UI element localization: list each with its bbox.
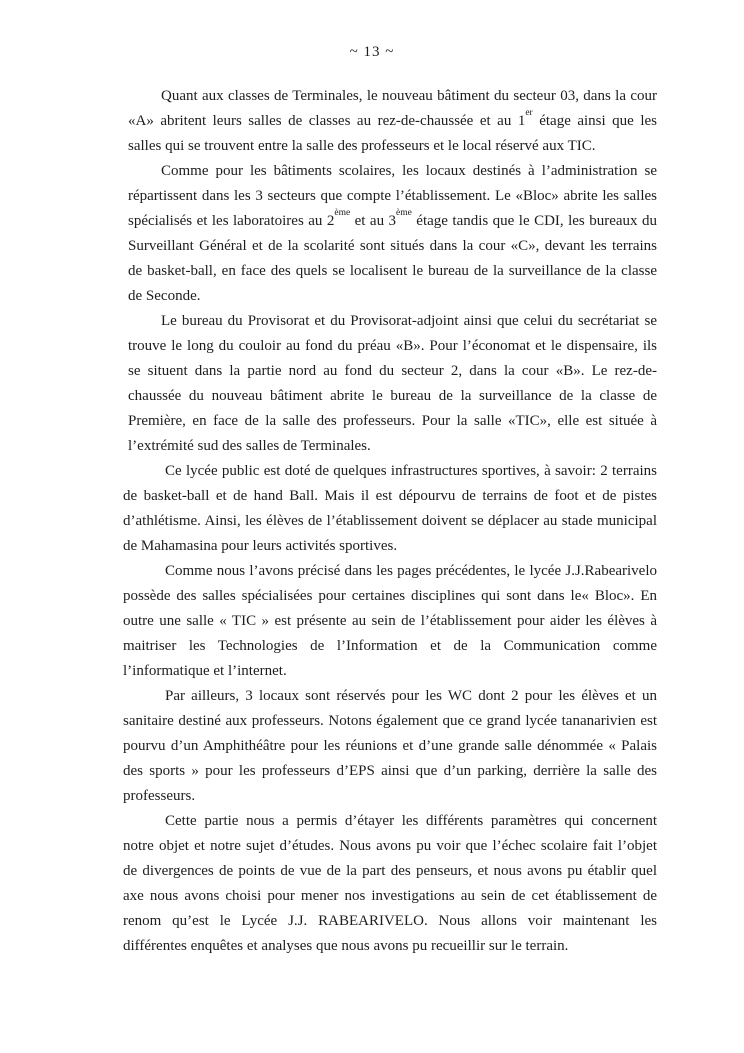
text-line: de Seconde. (128, 284, 657, 309)
text-line: répartissent dans les 3 secteurs que com… (128, 184, 657, 209)
paragraph: Le bureau du Provisorat et du Provisorat… (128, 309, 657, 459)
text-line: des sports » pour les professeurs d’EPS … (123, 759, 657, 784)
text-line: l’informatique et l’internet. (123, 659, 657, 684)
text-line: maitriser les Technologies de l’Informat… (123, 634, 657, 659)
text-line: de basket-ball, en face des quels se loc… (128, 259, 657, 284)
superscript: ème (334, 208, 350, 218)
text-line: possède des salles spécialisées pour cer… (123, 584, 657, 609)
text-line: Surveillant Général et de la scolarité s… (128, 234, 657, 259)
text-line: salles qui se trouvent entre la salle de… (128, 134, 657, 159)
text-line: Cette partie nous a permis d’étayer les … (123, 809, 657, 834)
text-line: Comme nous l’avons précisé dans les page… (123, 559, 657, 584)
text-line: Première, en face de la salle des profes… (128, 409, 657, 434)
superscript: er (525, 108, 532, 118)
text-line: Comme pour les bâtiments scolaires, les … (128, 159, 657, 184)
text-line: renom qu’est le Lycée J.J. RABEARIVELO. … (123, 909, 657, 934)
text-line: de Mahamasina pour leurs activités sport… (123, 534, 657, 559)
text-line: spécialisés et les laboratoires au 2ème … (128, 209, 657, 234)
paragraph: Quant aux classes de Terminales, le nouv… (128, 84, 657, 159)
text-line: axe nous avons choisi pour mener nos inv… (123, 884, 657, 909)
text-line: Quant aux classes de Terminales, le nouv… (128, 84, 657, 109)
text-line: d’athlétisme. Ainsi, les élèves de l’éta… (123, 509, 657, 534)
text-line: Ce lycée public est doté de quelques inf… (123, 459, 657, 484)
text-line: Le bureau du Provisorat et du Provisorat… (128, 309, 657, 334)
text-line: de divergences de points de vue de la pa… (123, 859, 657, 884)
paragraph: Cette partie nous a permis d’étayer les … (123, 809, 657, 959)
text-line: de basket-ball et de hand Ball. Mais il … (123, 484, 657, 509)
text-line: sanitaire destiné aux professeurs. Noton… (123, 709, 657, 734)
text-line: outre une salle « TIC » est présente au … (123, 609, 657, 634)
text-line: «A» abritent leurs salles de classes au … (128, 109, 657, 134)
text-line: trouve le long du couloir au fond du pré… (128, 334, 657, 359)
text-line: différentes enquêtes et analyses que nou… (123, 934, 657, 959)
document-page: ~ 13 ~ Quant aux classes de Terminales, … (0, 0, 744, 1053)
text-line: pourvu d’un Amphithéâtre pour les réunio… (123, 734, 657, 759)
superscript: ème (396, 208, 412, 218)
text-line: se situent dans la partie nord au fond d… (128, 359, 657, 384)
text-block: Quant aux classes de Terminales, le nouv… (123, 84, 657, 959)
paragraph: Ce lycée public est doté de quelques inf… (123, 459, 657, 559)
text-line: chaussée du nouveau bâtiment abrite le b… (128, 384, 657, 409)
paragraph: Par ailleurs, 3 locaux sont réservés pou… (123, 684, 657, 809)
page-number: ~ 13 ~ (0, 44, 744, 61)
text-line: notre objet et notre sujet d’études. Nou… (123, 834, 657, 859)
paragraph: Comme pour les bâtiments scolaires, les … (128, 159, 657, 309)
paragraph: Comme nous l’avons précisé dans les page… (123, 559, 657, 684)
text-line: professeurs. (123, 784, 657, 809)
text-line: l’extrémité sud des salles de Terminales… (128, 434, 657, 459)
text-line: Par ailleurs, 3 locaux sont réservés pou… (123, 684, 657, 709)
